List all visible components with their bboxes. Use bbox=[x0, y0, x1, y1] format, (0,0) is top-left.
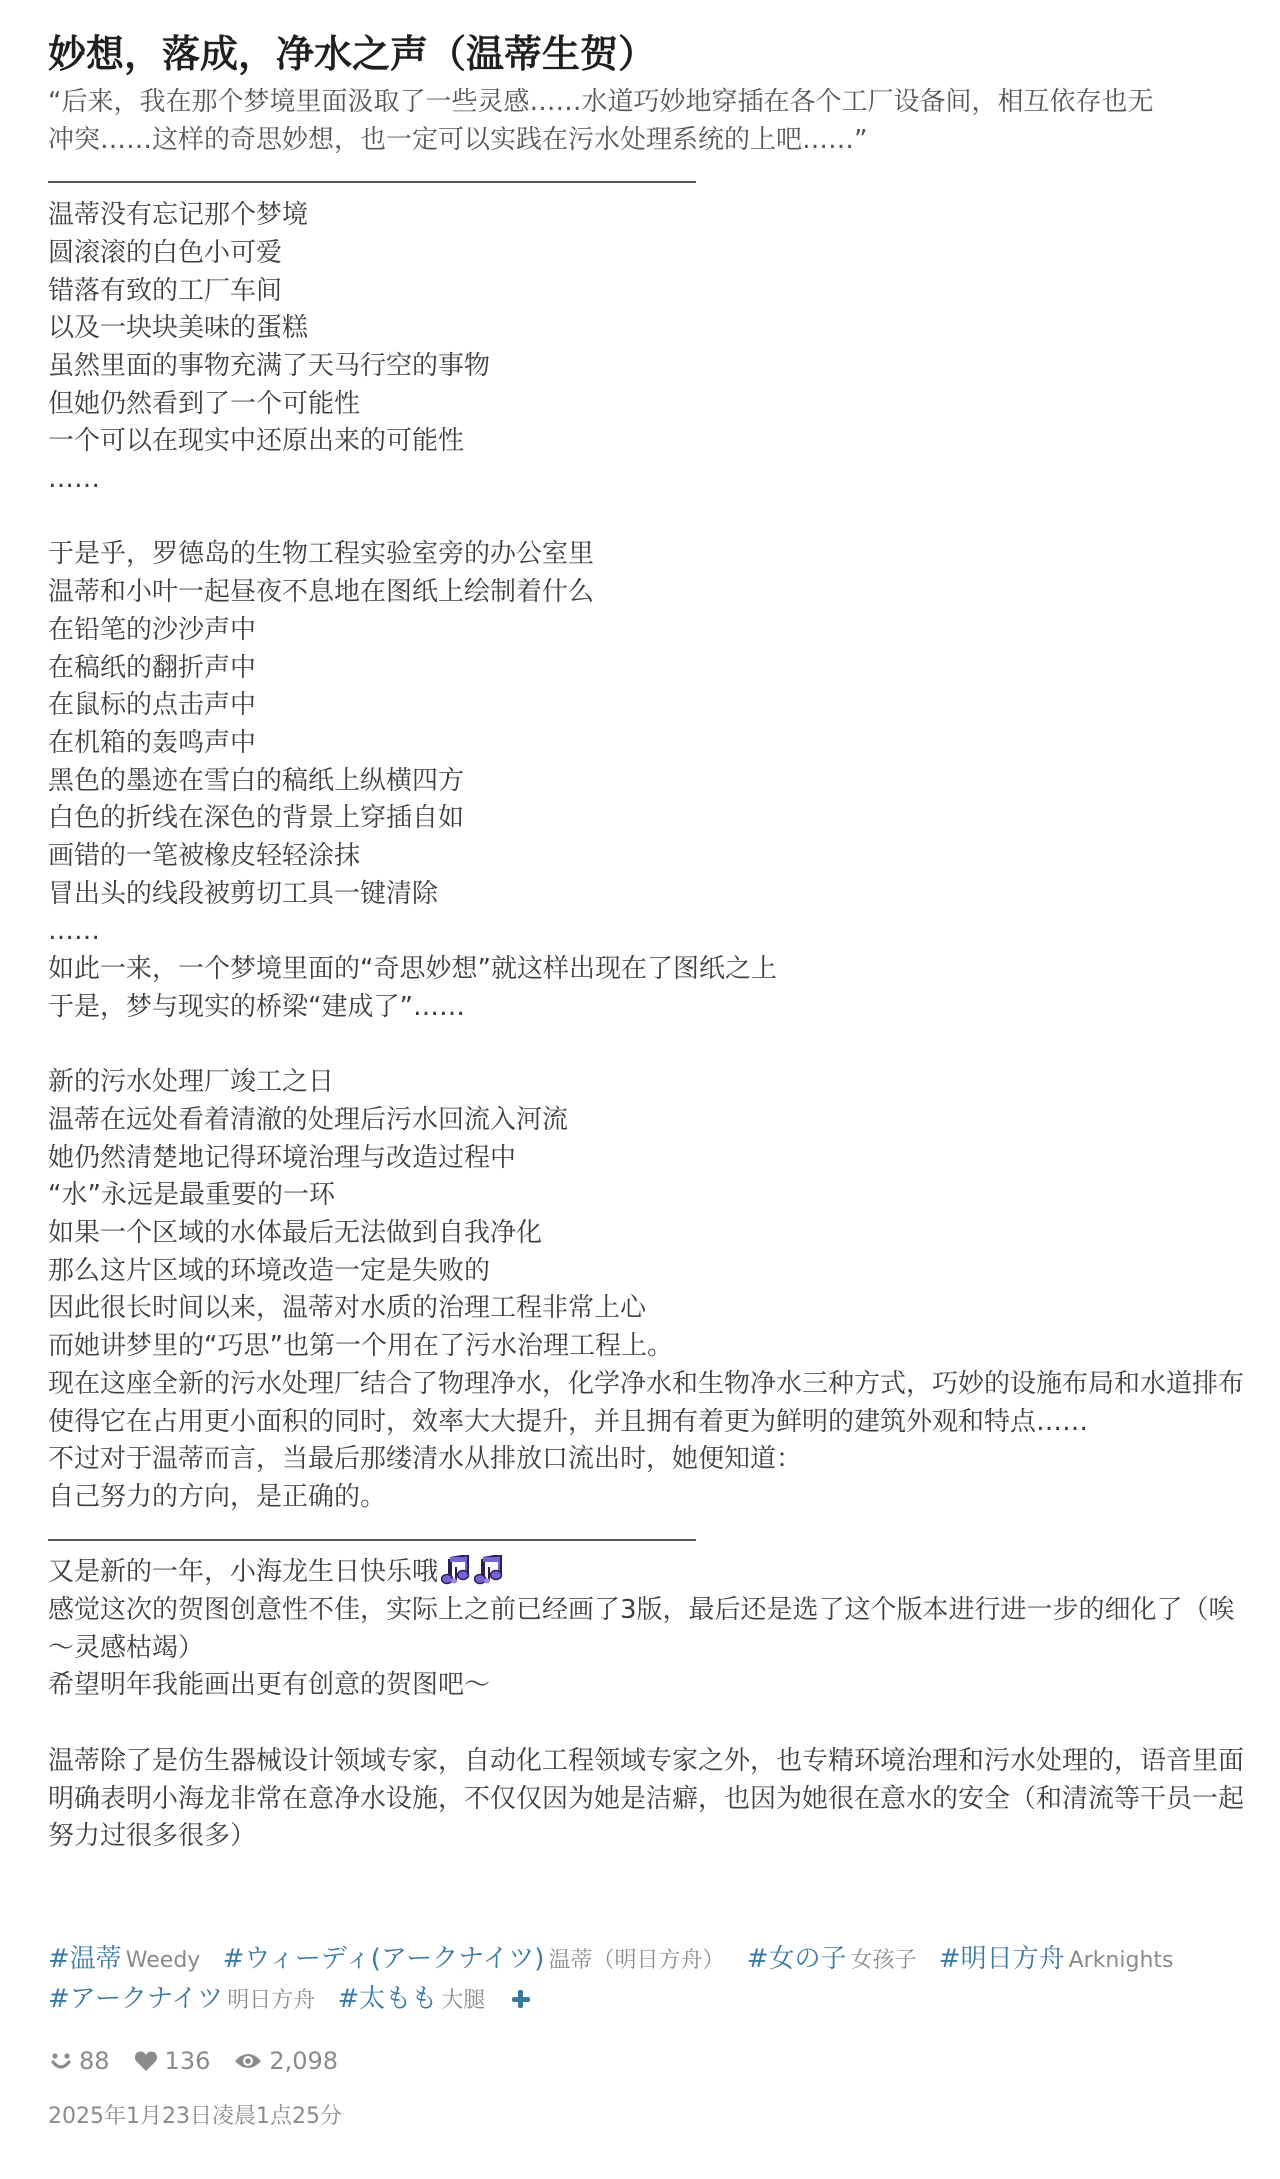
text-line: 一个可以在现实中还原出来的可能性 bbox=[48, 423, 1246, 461]
text-line: 冒出头的线段被剪切工具一键清除 bbox=[48, 876, 1246, 914]
heart-icon bbox=[134, 2050, 158, 2072]
birthday-text: 又是新的一年，小海龙生日快乐哦 bbox=[48, 1557, 438, 1587]
tag-item[interactable]: #明日方舟Arknights bbox=[939, 1944, 1174, 1974]
text-line: 因此很长时间以来，温蒂对水质的治理工程非常上心 bbox=[48, 1290, 1246, 1328]
divider bbox=[48, 1517, 1246, 1555]
reaction-count[interactable]: 88 bbox=[50, 2047, 110, 2075]
text-line: 画错的一笔被橡皮轻轻涂抹 bbox=[48, 838, 1246, 876]
text-line: 在机箱的轰鸣声中 bbox=[48, 725, 1246, 763]
text-line: 自己努力的方向，是正确的。 bbox=[48, 1479, 1246, 1517]
text-line: 如果一个区域的水体最后无法做到自我净化 bbox=[48, 1215, 1246, 1253]
blank-line bbox=[48, 499, 1246, 537]
article-body: “后来，我在那个梦境里面汲取了一些灵感……水道巧妙地穿插在各个工厂设备间，相互依… bbox=[48, 84, 1246, 1856]
text-line: “水”永远是最重要的一环 bbox=[48, 1177, 1246, 1215]
text-line: 温蒂和小叶一起昼夜不息地在图纸上绘制着什么 bbox=[48, 574, 1246, 612]
text-line: 以及一块块美味的蛋糕 bbox=[48, 310, 1246, 348]
text-line: 她仍然清楚地记得环境治理与改造过程中 bbox=[48, 1140, 1246, 1178]
text-line: 那么这片区域的环境改造一定是失败的 bbox=[48, 1253, 1246, 1291]
tag-translation: 女孩子 bbox=[851, 1948, 917, 1973]
reaction-value: 88 bbox=[79, 2047, 110, 2075]
text-paragraph: 温蒂除了是仿生器械设计领域专家，自动化工程领域专家之外，也专精环境治理和污水处理… bbox=[48, 1743, 1246, 1856]
tag-translation: Arknights bbox=[1069, 1948, 1174, 1973]
music-notes-emoji-icon bbox=[474, 1555, 504, 1585]
text-line: 黑色的墨迹在雪白的稿纸上纵横四方 bbox=[48, 763, 1246, 801]
text-line: 新的污水处理厂竣工之日 bbox=[48, 1064, 1246, 1102]
tag-list: #温蒂Weedy #ウィーディ(アークナイツ)温蒂（明日方舟） #女の子女孩子 … bbox=[48, 1940, 1248, 2020]
tag-translation: 明日方舟 bbox=[227, 1988, 315, 2013]
tag-link[interactable]: #明日方舟 bbox=[939, 1944, 1065, 1974]
tag-link[interactable]: #女の子 bbox=[747, 1944, 847, 1974]
tag-translation: 温蒂（明日方舟） bbox=[548, 1948, 724, 1973]
text-line: 白色的折线在深色的背景上穿插自如 bbox=[48, 800, 1246, 838]
blank-line bbox=[48, 1027, 1246, 1065]
tag-link[interactable]: #ウィーディ(アークナイツ) bbox=[223, 1944, 545, 1974]
text-paragraph: 感觉这次的贺图创意性不佳，实际上之前已经画了3版，最后还是选了这个版本进行进一步… bbox=[48, 1592, 1246, 1667]
text-line: 于是乎，罗德岛的生物工程实验室旁的办公室里 bbox=[48, 536, 1246, 574]
text-line: 温蒂没有忘记那个梦境 bbox=[48, 197, 1246, 235]
view-count: 2,098 bbox=[234, 2047, 338, 2075]
stats-bar: 88 136 2,098 bbox=[50, 2044, 362, 2078]
tag-item[interactable]: #温蒂Weedy bbox=[48, 1944, 200, 1974]
quote-line: 冲突……这样的奇思妙想，也一定可以实践在污水处理系统的上吧……” bbox=[48, 122, 1246, 160]
smile-icon bbox=[50, 2050, 72, 2072]
text-line: 如此一来，一个梦境里面的“奇思妙想”就这样出现在了图纸之上 bbox=[48, 951, 1246, 989]
tag-link[interactable]: #温蒂 bbox=[48, 1944, 122, 1974]
tag-link[interactable]: #太もも bbox=[337, 1984, 437, 2014]
page-title: 妙想，落成，净水之声（温蒂生贺） bbox=[48, 0, 1246, 78]
text-line: 不过对于温蒂而言，当最后那缕清水从排放口流出时，她便知道： bbox=[48, 1441, 1246, 1479]
text-line: 在稿纸的翻折声中 bbox=[48, 650, 1246, 688]
text-line: 而她讲梦里的“巧思”也第一个用在了污水治理工程上。 bbox=[48, 1328, 1246, 1366]
music-notes-emoji-icon bbox=[441, 1555, 471, 1585]
text-line: 错落有致的工厂车间 bbox=[48, 273, 1246, 311]
text-line: 在鼠标的点击声中 bbox=[48, 687, 1246, 725]
add-tag-plus-icon[interactable] bbox=[512, 1990, 530, 2008]
tag-item[interactable]: #ウィーディ(アークナイツ)温蒂（明日方舟） bbox=[223, 1944, 725, 1974]
post-date: 2025年1月23日凌晨1点25分 bbox=[48, 2100, 342, 2134]
text-line: 温蒂在远处看着清澈的处理后污水回流入河流 bbox=[48, 1102, 1246, 1140]
text-line: 希望明年我能画出更有创意的贺图吧～ bbox=[48, 1667, 1246, 1705]
text-line: 但她仍然看到了一个可能性 bbox=[48, 386, 1246, 424]
text-paragraph: 现在这座全新的污水处理厂结合了物理净水，化学净水和生物净水三种方式，巧妙的设施布… bbox=[48, 1366, 1246, 1441]
blank-line bbox=[48, 1705, 1246, 1743]
view-value: 2,098 bbox=[269, 2047, 338, 2075]
divider bbox=[48, 159, 1246, 197]
quote-line: “后来，我在那个梦境里面汲取了一些灵感……水道巧妙地穿插在各个工厂设备间，相互依… bbox=[48, 84, 1246, 122]
tag-translation: 大腿 bbox=[441, 1988, 485, 2013]
text-line: 虽然里面的事物充满了天马行空的事物 bbox=[48, 348, 1246, 386]
tag-link[interactable]: #アークナイツ bbox=[48, 1984, 223, 2014]
text-line: 圆滚滚的白色小可爱 bbox=[48, 235, 1246, 273]
like-count[interactable]: 136 bbox=[134, 2047, 211, 2075]
text-line: …… bbox=[48, 461, 1246, 499]
birthday-line: 又是新的一年，小海龙生日快乐哦 bbox=[48, 1554, 1246, 1592]
tag-item[interactable]: #太もも大腿 bbox=[337, 1984, 485, 2014]
like-value: 136 bbox=[165, 2047, 211, 2075]
tag-item[interactable]: #アークナイツ明日方舟 bbox=[48, 1984, 315, 2014]
eye-icon bbox=[234, 2051, 262, 2071]
text-line: …… bbox=[48, 913, 1246, 951]
article: 妙想，落成，净水之声（温蒂生贺） “后来，我在那个梦境里面汲取了一些灵感……水道… bbox=[0, 0, 1280, 1856]
tag-translation: Weedy bbox=[126, 1948, 201, 1973]
text-line: 在铅笔的沙沙声中 bbox=[48, 612, 1246, 650]
text-line: 于是，梦与现实的桥梁“建成了”…… bbox=[48, 989, 1246, 1027]
tag-item[interactable]: #女の子女孩子 bbox=[747, 1944, 917, 1974]
